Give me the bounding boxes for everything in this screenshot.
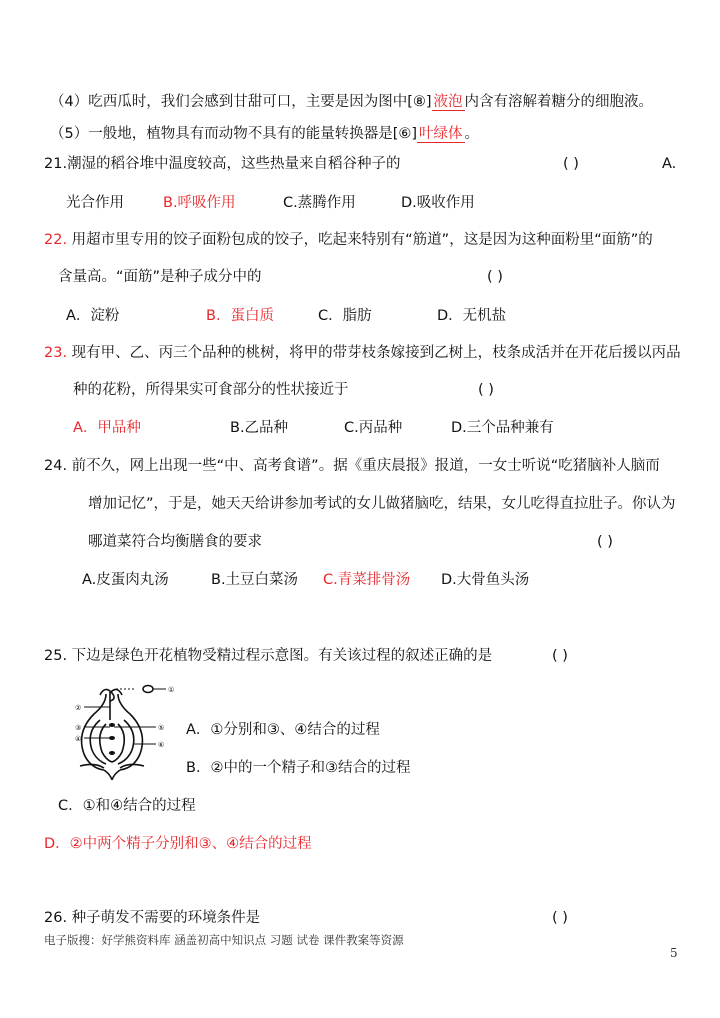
svg-text:③: ③	[75, 724, 81, 732]
q25-option-c: C．①和④结合的过程	[58, 796, 196, 816]
q20-part5-text: （5）一般地，植物具有而动物不具有的能量转换器是[⑥]	[50, 126, 417, 142]
q21-option-d: D.吸收作用	[401, 193, 475, 213]
q26-answer-blank: ( )	[552, 908, 568, 928]
q25-option-d: D．②中两个精子分别和③、④结合的过程	[44, 834, 312, 854]
q23-number: 23.	[44, 345, 67, 361]
svg-text:⑤: ⑤	[158, 724, 164, 732]
q24-stem-1: 24. 前不久，网上出现一些“中、高考食谱”。据《重庆晨报》报道，一女士听说“吃…	[44, 456, 660, 476]
q21-option-a: 光合作用	[66, 193, 124, 213]
q24-answer-blank: ( )	[597, 532, 613, 552]
q23-option-d: D.三个品种兼有	[451, 418, 554, 438]
q21-option-c: C.蒸腾作用	[283, 193, 356, 213]
q23-text-1: 现有甲、乙、丙三个品种的桃树，将甲的带芽枝条嫁接到乙树上，枝条成活并在开花后援以…	[72, 345, 681, 361]
svg-text:①: ①	[168, 686, 174, 694]
q24-stem-3: 哪道菜符合均衡膳食的要求	[88, 532, 262, 552]
q23-stem-2: 种的花粉，所得果实可食部分的性状接近于	[73, 380, 349, 400]
q26-text: 种子萌发不需要的环境条件是	[72, 910, 261, 926]
q24-text-1: 前不久，网上出现一些“中、高考食谱”。据《重庆晨报》报道，一女士听说“吃猪脑补人…	[72, 458, 660, 474]
q22-stem-1: 22. 用超市里专用的饺子面粉包成的饺子，吃起来特别有“筋道”，这是因为这种面粉…	[44, 230, 653, 250]
q21-number: 21.	[44, 156, 67, 172]
q23-option-c: C.丙品种	[344, 418, 402, 438]
q21-stem: 21.潮湿的稻谷堆中温度较高，这些热量来自稻谷种子的	[44, 154, 401, 174]
q20-part4-tail: 内含有溶解着糖分的细胞液。	[465, 94, 654, 110]
q21-answer-blank: ( )	[563, 154, 579, 174]
q22-answer-blank: ( )	[487, 267, 503, 287]
q23-option-a: A．甲品种	[73, 418, 141, 438]
fertilization-diagram: ① ② ③ ④ ⑤ ⑥	[70, 680, 190, 780]
q20-part-4: （4）吃西瓜时，我们会感到甘甜可口，主要是因为图中[⑧]液泡内含有溶解着糖分的细…	[50, 92, 653, 112]
q21-text: 潮湿的稻谷堆中温度较高，这些热量来自稻谷种子的	[67, 156, 401, 172]
q20-part4-text: （4）吃西瓜时，我们会感到甘甜可口，主要是因为图中[⑧]	[50, 94, 432, 110]
q22-stem-2: 含量高。“面筋”是种子成分中的	[58, 267, 262, 287]
page-number: 5	[670, 946, 678, 960]
q25-stem: 25. 下边是绿色开花植物受精过程示意图。有关该过程的叙述正确的是	[44, 646, 492, 666]
q20-part5-tail: 。	[465, 126, 480, 142]
q21-option-b: B.呼吸作用	[163, 193, 236, 213]
q25-option-b: B．②中的一个精子和③结合的过程	[186, 758, 410, 778]
q21-option-a-prefix: A.	[662, 154, 676, 174]
q23-option-b: B.乙品种	[230, 418, 288, 438]
q22-option-d: D．无机盐	[437, 306, 506, 326]
q23-answer-blank: ( )	[478, 380, 494, 400]
q25-option-a: A．①分别和③、④结合的过程	[186, 720, 380, 740]
q25-text: 下边是绿色开花植物受精过程示意图。有关该过程的叙述正确的是	[72, 648, 493, 664]
q24-number: 24.	[44, 458, 67, 474]
q22-number: 22.	[44, 232, 67, 248]
q26-number: 26.	[44, 910, 67, 926]
q24-option-d: D.大骨鱼头汤	[441, 570, 529, 590]
q24-option-b: B.土豆白菜汤	[211, 570, 298, 590]
q20-part4-answer: 液泡	[432, 94, 465, 111]
q20-part-5: （5）一般地，植物具有而动物不具有的能量转换器是[⑥]叶绿体。	[50, 124, 479, 144]
svg-text:④: ④	[75, 735, 81, 743]
q22-option-b: B．蛋白质	[206, 306, 274, 326]
q25-answer-blank: ( )	[552, 646, 568, 666]
q24-option-a: A.皮蛋肉丸汤	[82, 570, 169, 590]
svg-text:②: ②	[75, 704, 81, 712]
q23-stem-1: 23. 现有甲、乙、丙三个品种的桃树，将甲的带芽枝条嫁接到乙树上，枝条成活并在开…	[44, 343, 681, 363]
svg-text:⑥: ⑥	[158, 741, 164, 749]
q22-option-a: A．淀粉	[66, 306, 119, 326]
q25-number: 25.	[44, 648, 67, 664]
q22-text-1: 用超市里专用的饺子面粉包成的饺子，吃起来特别有“筋道”，这是因为这种面粉里“面筋…	[72, 232, 653, 248]
q20-part5-answer: 叶绿体	[417, 126, 465, 143]
footer-note: 电子版搜：好学熊资料库 涵盖初高中知识点 习题 试卷 课件教案等资源	[44, 932, 404, 948]
q22-option-c: C．脂肪	[318, 306, 372, 326]
q26-stem: 26. 种子萌发不需要的环境条件是	[44, 908, 260, 928]
q24-option-c: C.青菜排骨汤	[323, 570, 410, 590]
q24-stem-2: 增加记忆”，于是，她天天给讲参加考试的女儿做猪脑吃，结果，女儿吃得直拉肚子。你认…	[88, 494, 676, 514]
